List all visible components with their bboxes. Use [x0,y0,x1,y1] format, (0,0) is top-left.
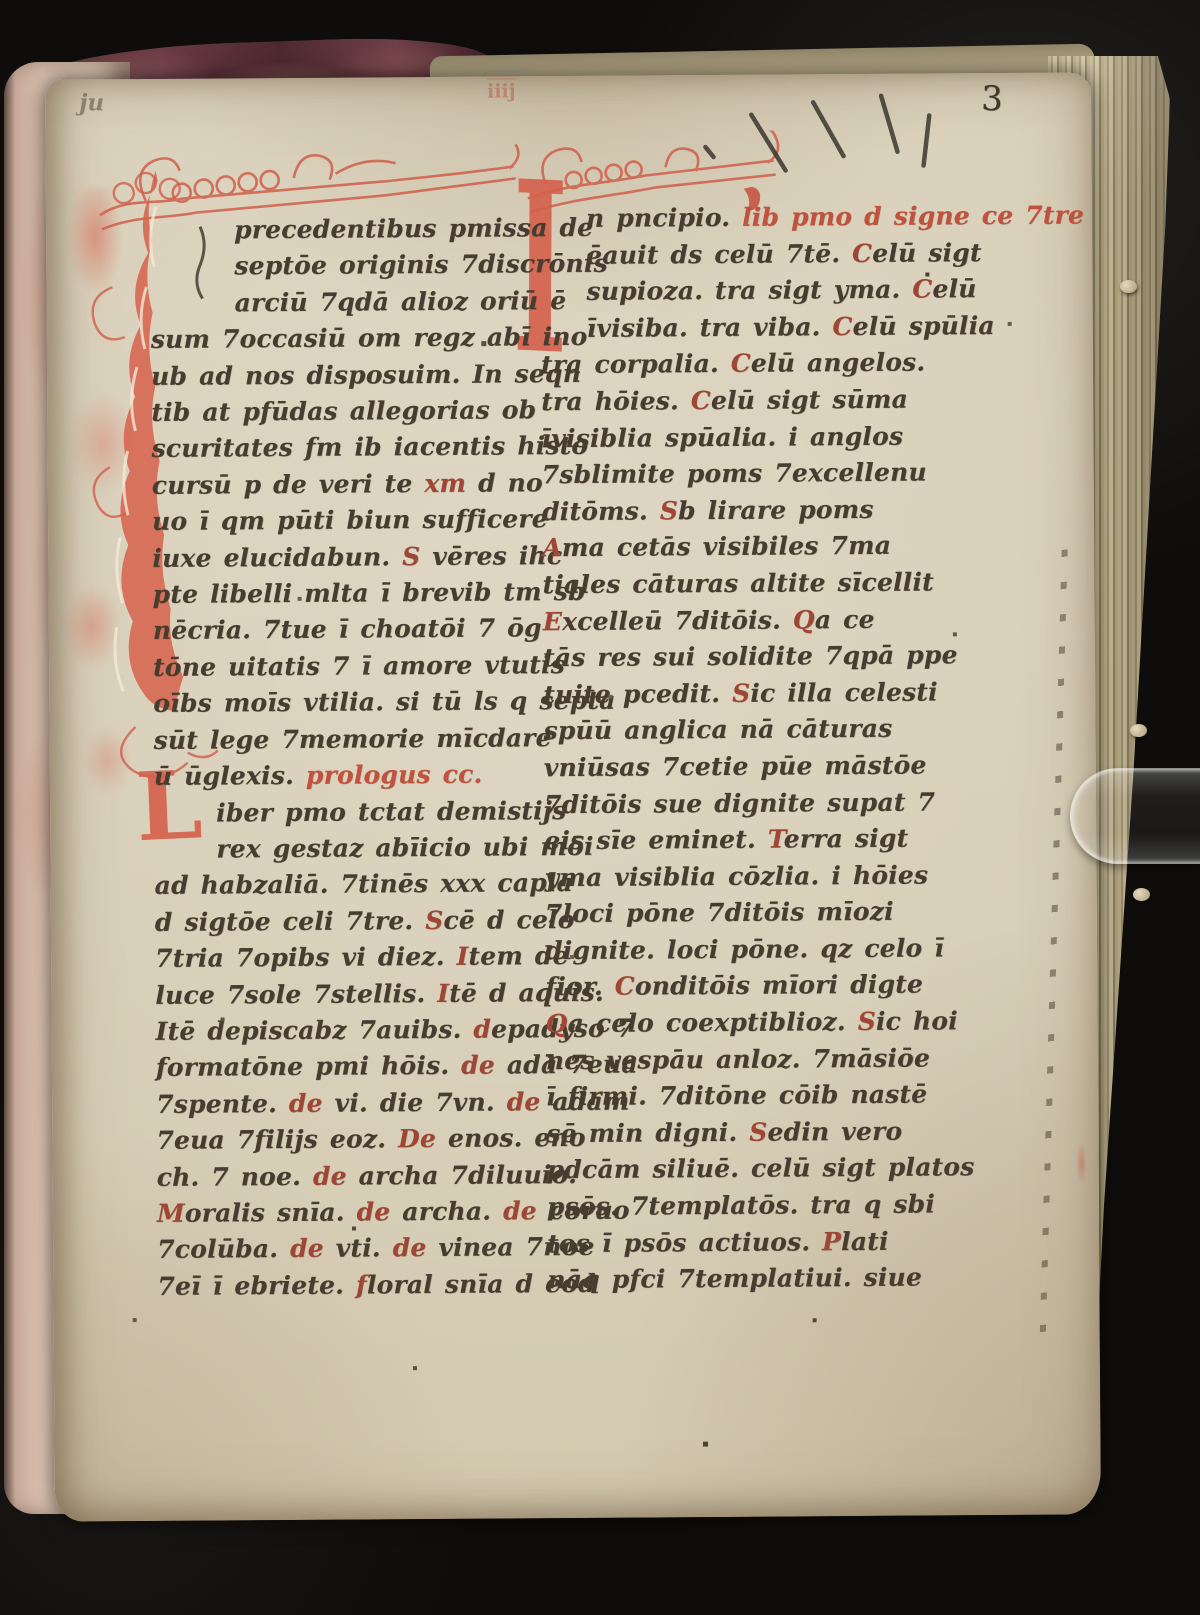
text-line: pdcām siliuē. celū sigt platos [546,1150,976,1190]
text-line: cursū p de veri te xm d no [152,465,532,504]
text-line: septōe originis 7discrōnis [150,247,530,286]
ink-pen-marks [685,85,956,217]
text-line: formatōne pmi hōis. de adā 7eua [156,1048,536,1087]
text-line: nes vespāu anloz. 7māsiōe [546,1040,976,1080]
text-line: n pncipio. lib pmo d signe ce 7tre [540,198,970,238]
text-line: tos ī psōs actiuos. Plati [547,1223,977,1263]
text-line: Excelleū 7ditōis. Qa ce [543,601,973,641]
text-line: ēauit ds celū 7tē. Celū sigt [540,235,970,275]
pricking-marks [1040,525,1069,1345]
folio-number: 3 [981,79,1004,120]
text-line: eis sīe eminet. Terra sigt [544,820,974,860]
text-line: luce 7sole 7stellis. Itē d aquis. [155,975,535,1014]
text-line: d sigtōe celi 7tre. Scē d celo [155,902,535,941]
manuscript-page: 3 ju iiij [45,72,1101,1521]
text-line: ch. 7 noe. de archa 7diluuio. [157,1157,537,1196]
text-line: Itē depiscabz 7auibs. depadyso 7 [156,1011,536,1050]
text-line: 7eī ī ebriete. floral snīa d eod [157,1266,537,1305]
text-line: tiales cāturas altite sīcellit [542,564,972,604]
text-line: arciū 7qdā alioz oriū ē [150,283,530,322]
text-line: precedentibus pmissa de [150,210,530,249]
text-line: scuritates fm ib iacentis histo [151,429,531,468]
text-line: uo ī qm pūti biun sufficere [152,502,532,541]
text-line: Moralis snīa. de archa. de coruo [157,1193,537,1232]
parchment-specks [45,80,47,82]
text-line: yma visiblia cōzlia. i hōies [544,857,974,897]
text-line: rex gestaz abīicio ubi mōi [154,829,534,868]
text-line: sē min digni. Sedin vero [546,1113,976,1153]
plastic-page-holder [1070,768,1200,864]
text-line: ū ūglexis. prologus cc. [154,756,534,795]
text-line: vniūsas 7cetie pūe māstōe [544,747,974,787]
text-line: Qa celo coexptiblioz. Sic hoi [545,1003,975,1043]
text-line: ī firmi. 7ditōne cōib nastē [546,1076,976,1116]
text-line: 7sblimite poms 7excellenu [542,454,972,494]
text-line: ad habzaliā. 7tinēs xxx capla [154,866,534,905]
text-line: psōs. 7templatōs. tra q sbi [547,1186,977,1226]
text-line: īvisiba. tra viba. Celū spūlia [541,308,971,348]
text-line: 7spente. de vi. die 7vn. de adam [156,1084,536,1123]
text-line: tuite pcedit. Sic illa celesti [543,674,973,714]
text-line: tib at pfūdas allegorias ob [151,392,531,431]
text-line: dignite. loci pōne. qz celo ī [545,930,975,970]
text-line: sūt lege 7memorie mīcdare [153,720,533,759]
text-line: 7ditōis sue dignite supat 7 [544,784,974,824]
text-line: spūū anglica nā cāturas [543,711,973,751]
text-line: nāq pfci 7templatiui. siue [547,1259,977,1299]
text-column-left: precedentibus pmissa deseptōe originis 7… [150,210,538,1305]
text-line: tōne uitatis 7 ī amore vtutis [153,647,533,686]
sewing-thread-knot [1133,888,1150,901]
text-line: fior. Conditōis mīori digte [545,967,975,1007]
text-line: 7tria 7opibs vi diez. Item de [155,938,535,977]
manuscript-photo: 3 ju iiij [0,0,1200,1615]
text-column-right: n pncipio. lib pmo d signe ce 7treēauit … [540,198,978,1299]
text-line: tra corpalia. Celū angelos. [541,345,971,385]
text-line: iber pmo tctat demistijs [154,793,534,832]
text-line: īvisiblia spūalia. i anglos [541,418,971,458]
red-pigment-stain [1074,1134,1088,1192]
text-line: 7loci pōne 7ditōis mīozi [545,893,975,933]
text-line: tās res sui solidite 7qpā ppe [543,637,973,677]
text-line: Ama cetās visibiles 7ma [542,528,972,568]
sewing-thread-knot [1120,280,1137,293]
text-line: 7colūba. de vti. de vinea 7noe [157,1230,537,1269]
text-line: 7eua 7filijs eoz. De enos. eno [156,1120,536,1159]
top-left-inscription: ju [79,89,104,116]
text-line: pte libelli mlta ī brevib tm sb [152,574,532,613]
text-line: sum 7occasiū om regz abī ino [151,320,531,359]
text-line: iuxe elucidabun. S vēres ihc [152,538,532,577]
text-line: nēcria. 7tue ī choatōi 7 ōg [153,611,533,650]
text-line: tra hōies. Celū sigt sūma [541,381,971,421]
sewing-thread-knot [1130,724,1147,737]
text-line: ditōms. Sb lirare poms [542,491,972,531]
text-line: oībs moīs vtilia. si tū ls q septa [153,684,533,723]
text-line: supioza. tra sigt yma. Celū [540,271,970,311]
quire-mark: iiij [487,78,516,102]
text-line: ub ad nos disposuim. In seqn [151,356,531,395]
